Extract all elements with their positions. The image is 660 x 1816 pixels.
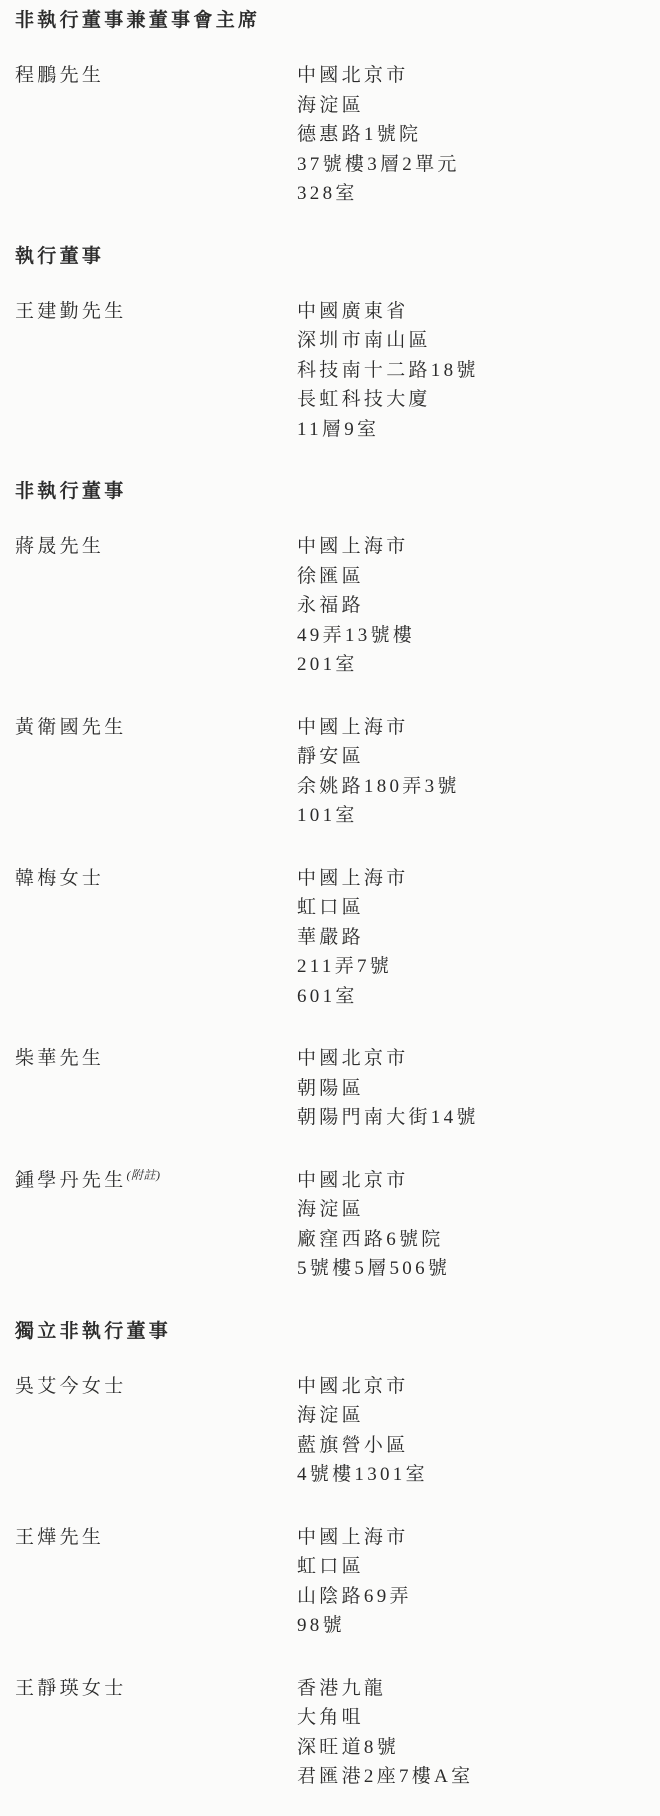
director-name-text: 黃衛國先生: [15, 717, 127, 738]
address-line: 朝陽門南大街14號: [297, 1103, 640, 1133]
director-address: 中國廣東省深圳市南山區科技南十二路18號長虹科技大廈11層9室: [297, 297, 640, 445]
section-heading: 執行董事: [15, 242, 640, 272]
director-address: 中國上海市徐匯區永福路49弄13號樓201室: [297, 532, 640, 680]
address-line: 徐匯區: [297, 562, 640, 592]
address-line: 211弄7號: [297, 952, 640, 982]
director-entry: 程鵬先生 中國北京市海淀區德惠路1號院37號樓3層2單元328室: [15, 61, 640, 209]
address-line: 328室: [297, 179, 640, 209]
address-line: 101室: [297, 801, 640, 831]
director-address: 香港九龍大角咀深旺道8號君匯港2座7樓A室: [297, 1674, 640, 1792]
address-line: 海淀區: [297, 1195, 640, 1225]
director-section: 非執行董事 蔣晟先生 中國上海市徐匯區永福路49弄13號樓201室 黃衛國先生 …: [15, 477, 640, 1284]
address-line: 601室: [297, 982, 640, 1012]
address-line: 中國北京市: [297, 1166, 640, 1196]
director-name: 蔣晟先生: [15, 532, 104, 564]
address-line: 49弄13號樓: [297, 621, 640, 651]
address-line: 中國北京市: [297, 61, 640, 91]
section-heading: 非執行董事兼董事會主席: [15, 6, 640, 36]
section-heading: 獨立非執行董事: [15, 1317, 640, 1347]
director-address: 中國上海市虹口區華嚴路211弄7號601室: [297, 864, 640, 1012]
director-address: 中國北京市海淀區德惠路1號院37號樓3層2單元328室: [297, 61, 640, 209]
director-section: 執行董事 王建勤先生 中國廣東省深圳市南山區科技南十二路18號長虹科技大廈11層…: [15, 242, 640, 445]
director-address: 中國北京市朝陽區朝陽門南大街14號: [297, 1044, 640, 1133]
director-name-text: 吳艾今女士: [15, 1376, 127, 1397]
address-line: 朝陽區: [297, 1074, 640, 1104]
address-line: 11層9室: [297, 415, 640, 445]
director-name: 王建勤先生: [15, 297, 127, 329]
section-entries: 程鵬先生 中國北京市海淀區德惠路1號院37號樓3層2單元328室: [15, 61, 640, 209]
director-note: (附註): [127, 1168, 161, 1182]
address-line: 華嚴路: [297, 923, 640, 953]
director-entry: 黃衛國先生 中國上海市靜安區余姚路180弄3號101室: [15, 713, 640, 831]
section-entries: 蔣晟先生 中國上海市徐匯區永福路49弄13號樓201室 黃衛國先生 中國上海市靜…: [15, 532, 640, 1284]
address-line: 中國上海市: [297, 532, 640, 562]
director-name-text: 程鵬先生: [15, 65, 104, 86]
director-name: 韓梅女士: [15, 864, 104, 896]
director-name: 王靜瑛女士: [15, 1674, 127, 1706]
address-line: 201室: [297, 650, 640, 680]
address-line: 海淀區: [297, 91, 640, 121]
director-name: 程鵬先生: [15, 61, 104, 93]
director-address: 中國北京市海淀區廠窪西路6號院5號樓5層506號: [297, 1166, 640, 1284]
director-section: 獨立非執行董事 吳艾今女士 中國北京市海淀區藍旗營小區4號樓1301室 王燁先生…: [15, 1317, 640, 1792]
address-line: 中國上海市: [297, 864, 640, 894]
director-name-text: 韓梅女士: [15, 868, 104, 889]
director-name: 吳艾今女士: [15, 1372, 127, 1404]
director-entry: 王建勤先生 中國廣東省深圳市南山區科技南十二路18號長虹科技大廈11層9室: [15, 297, 640, 445]
director-name: 鍾學丹先生(附註): [15, 1166, 161, 1198]
director-address: 中國上海市靜安區余姚路180弄3號101室: [297, 713, 640, 831]
address-line: 大角咀: [297, 1703, 640, 1733]
address-line: 海淀區: [297, 1401, 640, 1431]
director-address: 中國上海市虹口區山陰路69弄98號: [297, 1523, 640, 1641]
directors-address-page: 非執行董事兼董事會主席 程鵬先生 中國北京市海淀區德惠路1號院37號樓3層2單元…: [0, 0, 660, 1816]
address-line: 藍旗營小區: [297, 1431, 640, 1461]
address-line: 君匯港2座7樓A室: [297, 1762, 640, 1792]
address-line: 山陰路69弄: [297, 1582, 640, 1612]
address-line: 5號樓5層506號: [297, 1254, 640, 1284]
address-line: 98號: [297, 1611, 640, 1641]
director-entry: 蔣晟先生 中國上海市徐匯區永福路49弄13號樓201室: [15, 532, 640, 680]
director-name-text: 王建勤先生: [15, 301, 127, 322]
director-section: 非執行董事兼董事會主席 程鵬先生 中國北京市海淀區德惠路1號院37號樓3層2單元…: [15, 6, 640, 209]
director-entry: 王靜瑛女士 香港九龍大角咀深旺道8號君匯港2座7樓A室: [15, 1674, 640, 1792]
address-line: 中國上海市: [297, 713, 640, 743]
director-entry: 鍾學丹先生(附註) 中國北京市海淀區廠窪西路6號院5號樓5層506號: [15, 1166, 640, 1284]
address-line: 深圳市南山區: [297, 326, 640, 356]
section-entries: 王建勤先生 中國廣東省深圳市南山區科技南十二路18號長虹科技大廈11層9室: [15, 297, 640, 445]
director-name-text: 柴華先生: [15, 1048, 104, 1069]
director-address: 中國北京市海淀區藍旗營小區4號樓1301室: [297, 1372, 640, 1490]
address-line: 中國廣東省: [297, 297, 640, 327]
address-line: 余姚路180弄3號: [297, 772, 640, 802]
director-entry: 柴華先生 中國北京市朝陽區朝陽門南大街14號: [15, 1044, 640, 1133]
address-line: 德惠路1號院: [297, 120, 640, 150]
section-heading: 非執行董事: [15, 477, 640, 507]
director-name-text: 王靜瑛女士: [15, 1678, 127, 1699]
director-name-text: 鍾學丹先生: [15, 1170, 127, 1191]
address-line: 虹口區: [297, 893, 640, 923]
address-line: 中國北京市: [297, 1044, 640, 1074]
address-line: 4號樓1301室: [297, 1460, 640, 1490]
address-line: 虹口區: [297, 1552, 640, 1582]
section-entries: 吳艾今女士 中國北京市海淀區藍旗營小區4號樓1301室 王燁先生 中國上海市虹口…: [15, 1372, 640, 1792]
address-line: 香港九龍: [297, 1674, 640, 1704]
address-line: 廠窪西路6號院: [297, 1225, 640, 1255]
director-name: 柴華先生: [15, 1044, 104, 1076]
address-line: 深旺道8號: [297, 1733, 640, 1763]
director-name: 王燁先生: [15, 1523, 104, 1555]
director-entry: 吳艾今女士 中國北京市海淀區藍旗營小區4號樓1301室: [15, 1372, 640, 1490]
address-line: 37號樓3層2單元: [297, 150, 640, 180]
address-line: 長虹科技大廈: [297, 385, 640, 415]
address-line: 永福路: [297, 591, 640, 621]
director-name-text: 王燁先生: [15, 1527, 104, 1548]
director-name: 黃衛國先生: [15, 713, 127, 745]
address-line: 科技南十二路18號: [297, 356, 640, 386]
address-line: 中國上海市: [297, 1523, 640, 1553]
address-line: 中國北京市: [297, 1372, 640, 1402]
address-line: 靜安區: [297, 742, 640, 772]
director-name-text: 蔣晟先生: [15, 536, 104, 557]
director-entry: 韓梅女士 中國上海市虹口區華嚴路211弄7號601室: [15, 864, 640, 1012]
director-entry: 王燁先生 中國上海市虹口區山陰路69弄98號: [15, 1523, 640, 1641]
